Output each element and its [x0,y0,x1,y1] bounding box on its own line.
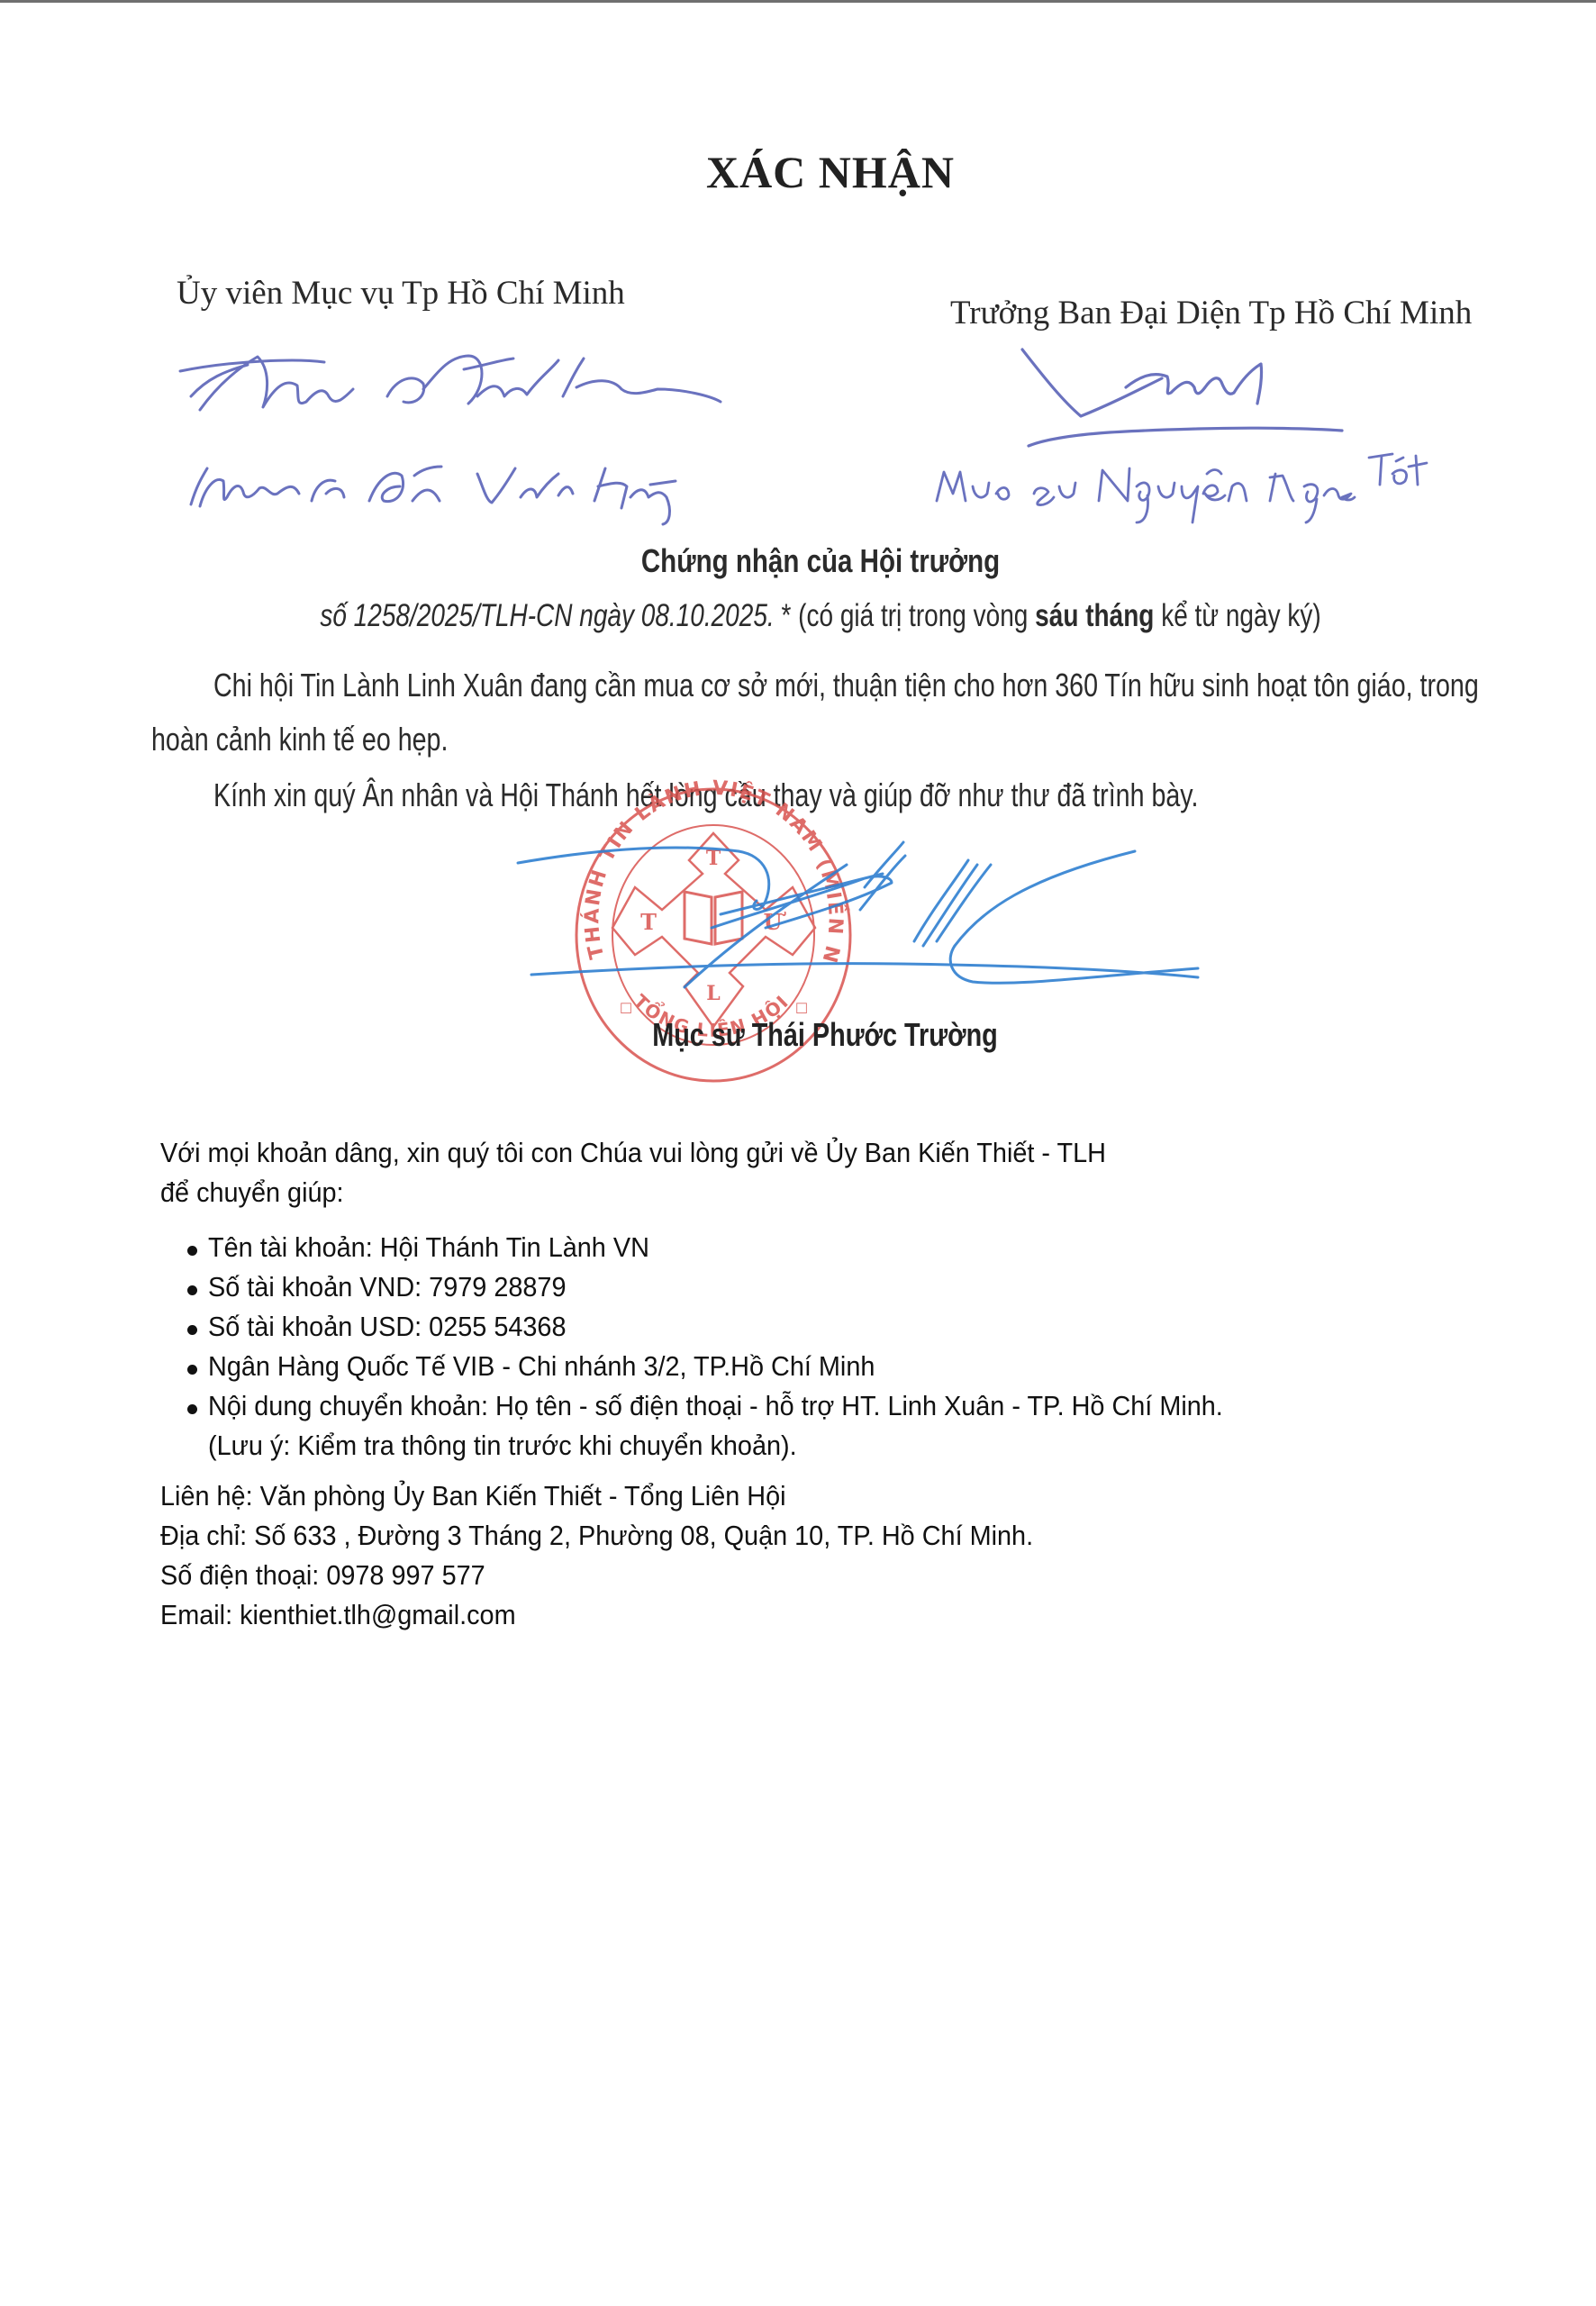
left-handwritten-name [191,467,676,524]
stamp-letter-left: T [640,909,657,935]
certification-number: số 1258/2025/TLH-CN ngày 08.10.2025. [320,598,774,633]
bank-account-vnd: Số tài khoản VND: 7979 28879 [208,1271,567,1303]
certification-reference: số 1258/2025/TLH-CN ngày 08.10.2025. * (… [164,598,1477,634]
left-signatory-role: Ủy viên Mục vụ Tp Hồ Chí Minh [177,274,625,313]
president-signature [518,842,1198,987]
right-signature [1022,350,1342,446]
right-signatory-role: Trưởng Ban Đại Diện Tp Hồ Chí Minh [950,294,1472,332]
donation-intro-line-1: Với mọi khoản dâng, xin quý tôi con Chúa… [160,1137,1106,1169]
donation-intro-line-2: để chuyển giúp: [160,1176,344,1209]
bank-account-name: Tên tài khoản: Hội Thánh Tin Lành VN [208,1231,649,1264]
stamp-letter-bottom: L [706,982,720,1005]
contact-address: Địa chỉ: Số 633 , Đường 3 Tháng 2, Phườn… [160,1520,1033,1552]
page-title: XÁC NHẬN [0,146,1596,198]
contact-phone: Số điện thoại: 0978 997 577 [160,1559,485,1592]
certification-heading: Chứng nhận của Hội trưởng [148,542,1493,580]
stamp-letter-right: Ư [764,909,787,935]
transfer-content: Nội dung chuyển khoản: Họ tên - số điện … [208,1390,1223,1422]
validity-note-suffix: kể từ ngày ký) [1161,598,1320,633]
validity-note-prefix: * (có giá trị trong vòng [781,598,1028,633]
right-handwritten-name [937,454,1427,522]
bank-name-branch: Ngân Hàng Quốc Tế VIB - Chi nhánh 3/2, T… [208,1350,875,1383]
bullet-icon [187,1285,197,1295]
bullet-icon [187,1404,197,1414]
bullet-icon [187,1365,197,1375]
svg-text:☐: ☐ [620,1002,632,1017]
svg-text:HỘI THÁNH TIN LÀNH VIỆT NAM (M: HỘI THÁNH TIN LÀNH VIỆT NAM (MIỀN NAM) [0,0,850,967]
certification-paragraph-line-1: Chi hội Tin Lành Linh Xuân đang cần mua … [213,667,1479,704]
bullet-icon [187,1325,197,1335]
president-name: Mục sư Thái Phước Trường [165,1016,1485,1054]
page-top-border [0,0,1596,3]
bank-account-usd: Số tài khoản USD: 0255 54368 [208,1311,567,1343]
transfer-note: (Lưu ý: Kiểm tra thông tin trước khi chu… [208,1430,797,1462]
certification-paragraph-line-2: hoàn cảnh kinh tế eo hẹp. [151,721,448,758]
svg-text:☐: ☐ [795,1002,808,1017]
stamp-letter-top: T [706,847,721,870]
contact-email[interactable]: Email: kienthiet.tlh@gmail.com [160,1599,516,1631]
certification-paragraph-line-3: Kính xin quý Ân nhân và Hội Thánh hết lò… [213,776,1198,814]
contact-office: Liên hệ: Văn phòng Ủy Ban Kiến Thiết - T… [160,1480,786,1512]
stamp-outer-text: HỘI THÁNH TIN LÀNH VIỆT NAM (MIỀN NAM) [0,0,850,967]
left-signature [180,356,721,410]
bullet-icon [187,1246,197,1256]
validity-duration: sáu tháng [1035,598,1154,633]
